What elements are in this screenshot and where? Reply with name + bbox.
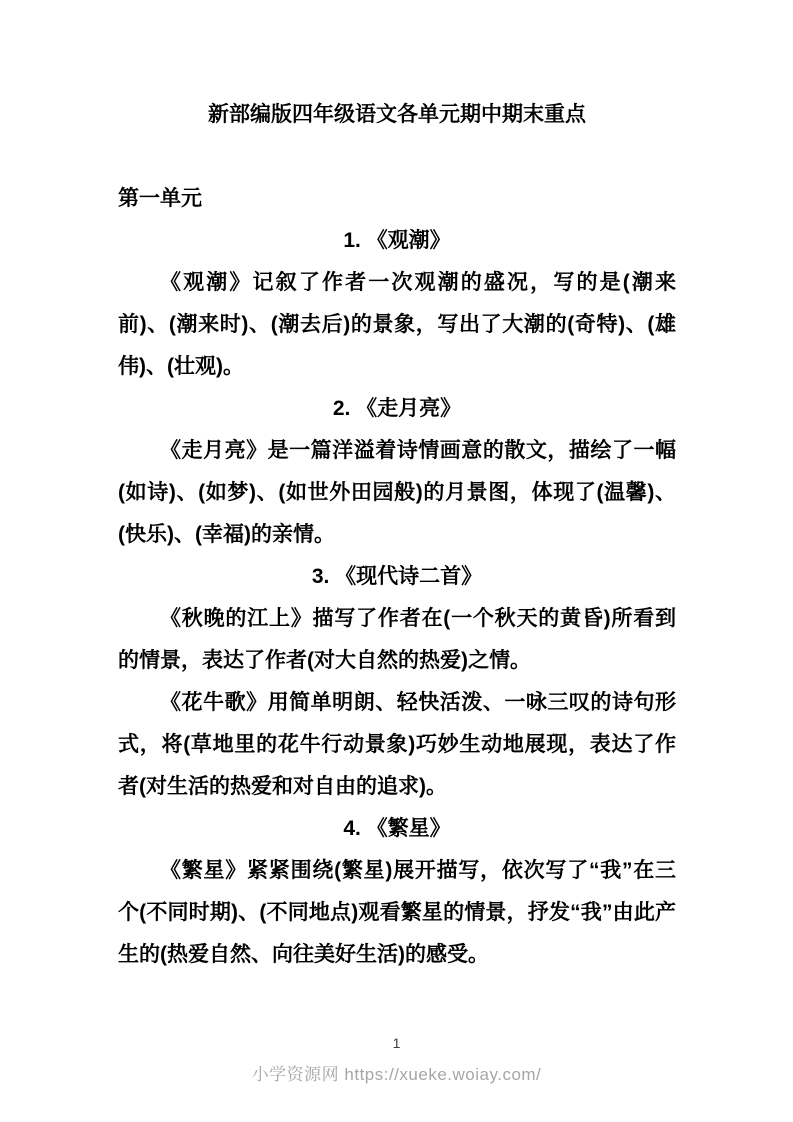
lesson-heading-fanxing: 4. 《繁星》	[118, 808, 676, 850]
lesson-heading-xiandaishi: 3. 《现代诗二首》	[118, 556, 676, 598]
lesson-paragraph-fanxing: 《繁星》紧紧围绕(繁星)展开描写，依次写了“我”在三个(不同时期)、(不同地点)…	[118, 850, 676, 976]
footer-source-link[interactable]: 小学资源网 https://xueke.woiay.com/	[0, 1063, 793, 1087]
document-title: 新部编版四年级语文各单元期中期末重点	[118, 94, 676, 136]
lesson-heading-guanchao: 1. 《观潮》	[118, 220, 676, 262]
unit-heading: 第一单元	[118, 178, 676, 220]
lesson-paragraph-guanchao: 《观潮》记叙了作者一次观潮的盛况，写的是(潮来前)、(潮来时)、(潮去后)的景象…	[118, 262, 676, 388]
document-content: 新部编版四年级语文各单元期中期末重点 第一单元 1. 《观潮》 《观潮》记叙了作…	[118, 94, 676, 976]
lesson-paragraph-huaniuge: 《花牛歌》用简单明朗、轻快活泼、一咏三叹的诗句形式，将(草地里的花牛行动景象)巧…	[118, 682, 676, 808]
page-number: 1	[0, 1034, 793, 1052]
lesson-paragraph-zouyueliang: 《走月亮》是一篇洋溢着诗情画意的散文，描绘了一幅(如诗)、(如梦)、(如世外田园…	[118, 430, 676, 556]
lesson-paragraph-qiuwan: 《秋晚的江上》描写了作者在(一个秋天的黄昏)所看到的情景，表达了作者(对大自然的…	[118, 598, 676, 682]
lesson-heading-zouyueliang: 2. 《走月亮》	[118, 388, 676, 430]
document-page: 新部编版四年级语文各单元期中期末重点 第一单元 1. 《观潮》 《观潮》记叙了作…	[0, 0, 793, 1122]
